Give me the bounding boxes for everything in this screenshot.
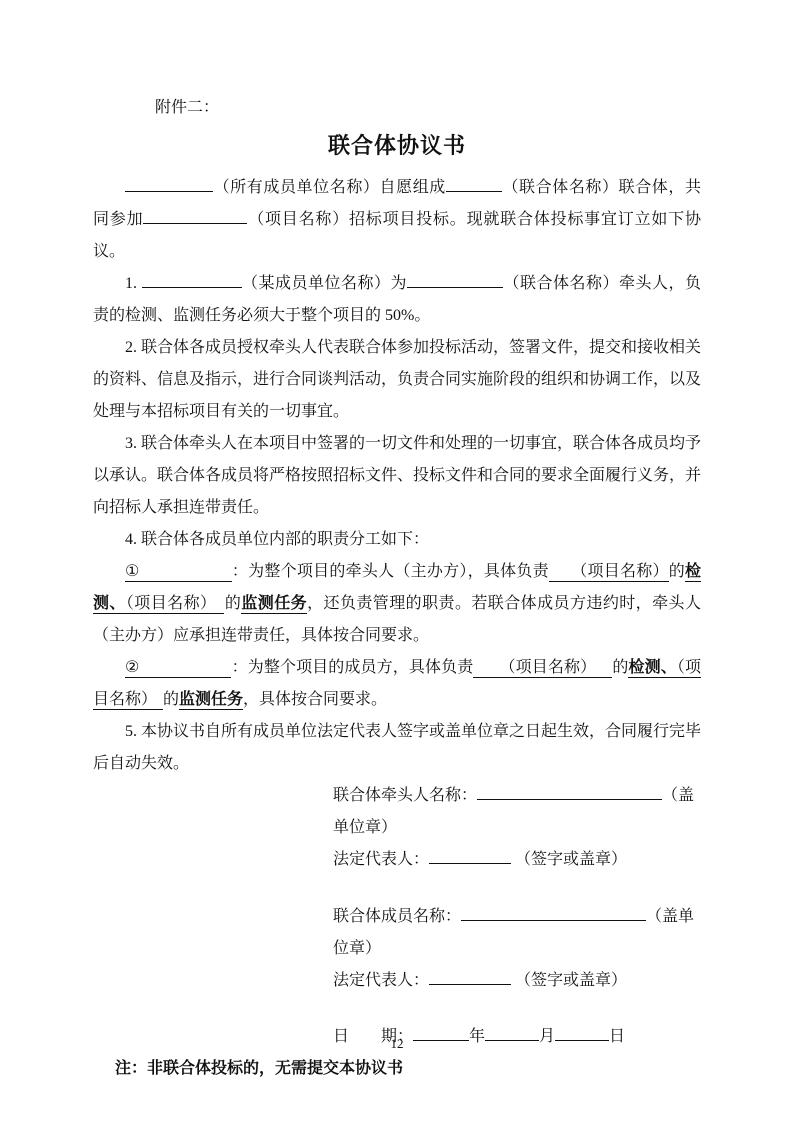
blank-project-name [143, 205, 247, 224]
sub2-marker: ② [125, 659, 139, 676]
clause-4-sub-1: ①：为整个项目的牵头人（主办方），具体负责（项目名称）的检测、（项目名称）的监测… [93, 556, 701, 652]
signature-block: 联合体牵头人名称：（盖单位章） 法定代表人： （签字或盖章） 联合体成员名称：（… [333, 780, 701, 997]
blank-sub2-unit [139, 654, 231, 672]
attachment-label: 附件二： [93, 92, 701, 124]
leader-name-line: 联合体牵头人名称：（盖单位章） [333, 780, 701, 844]
preamble-seg1: （所有成员单位名称）自愿组成 [213, 179, 446, 196]
member-name-line: 联合体成员名称：（盖单位章） [333, 901, 701, 965]
blank-sub2-project-1b [596, 654, 612, 672]
page-number: 12 [0, 1036, 794, 1052]
sub1-project-blank-2: （项目名称） [126, 595, 225, 614]
sub2-project-label-1: （项目名称） [499, 659, 596, 676]
blank-sub2-project-1 [473, 654, 499, 672]
sub1-marker-blank: ① [125, 563, 232, 582]
clause-5: 5. 本协议书自所有成员单位法定代表人签字或盖单位章之日起生效，合同履行完毕后自… [93, 716, 701, 780]
sub2-bold-inspection: 检测、 [628, 659, 676, 678]
sub2-rest: ，具体按合同要求。 [243, 691, 387, 708]
footnote: 注：非联合体投标的，无需提交本协议书 [115, 1053, 701, 1085]
clause-1-num: 1. [125, 275, 142, 292]
clause-4-sub-2: ②：为整个项目的成员方，具体负责（项目名称）的检测、（项目名称）的监测任务，具体… [93, 652, 701, 716]
leader-rep-note: （签字或盖章） [515, 851, 627, 868]
preamble-paragraph: （所有成员单位名称）自愿组成（联合体名称）联合体，共同参加（项目名称）招标项目投… [93, 172, 701, 268]
blank-leader-name [477, 781, 662, 800]
sub1-project-label-1: （项目名称） [571, 563, 669, 580]
sub1-text2: 的 [224, 595, 241, 612]
sub2-text2: 的 [163, 691, 179, 708]
document-title: 联合体协议书 [93, 126, 701, 166]
blank-all-members-name [125, 173, 213, 192]
member-rep-line: 法定代表人： （签字或盖章） [333, 965, 701, 997]
sub1-project-blank-1: （项目名称） [549, 563, 669, 582]
document-page: 附件二： 联合体协议书 （所有成员单位名称）自愿组成（联合体名称）联合体，共同参… [0, 0, 794, 1123]
sub2-text1: 的 [612, 659, 628, 676]
blank-member-rep [429, 966, 511, 985]
sub2-bold-monitoring: 监测任务 [179, 691, 243, 710]
clause-1-seg1: （某成员单位名称）为 [242, 275, 408, 292]
leader-rep-line: 法定代表人： （签字或盖章） [333, 844, 701, 876]
member-name-label: 联合体成员名称： [333, 908, 461, 925]
sub2-colon-text: ：为整个项目的成员方，具体负责 [231, 659, 473, 676]
sub1-colon-text: ：为整个项目的牵头人（主办方），具体负责 [232, 563, 549, 580]
member-rep-note: （签字或盖章） [515, 972, 627, 989]
member-rep-label: 法定代表人： [333, 972, 429, 989]
clause-2: 2. 联合体各成员授权牵头人代表联合体参加投标活动，签署文件，提交和接收相关的资… [93, 332, 701, 428]
blank-leader-rep [429, 845, 511, 864]
blank-member-unit-name [142, 269, 242, 288]
blank-member-name [461, 902, 646, 921]
clause-3: 3. 联合体牵头人在本项目中签署的一切文件和处理的一切事宜，联合体各成员均予以承… [93, 428, 701, 524]
sub1-bold-monitoring: 监测任务 [241, 595, 307, 614]
sub1-project-label-2: （项目名称） [126, 595, 217, 612]
blank-consortium-name-2 [407, 269, 503, 288]
leader-name-label: 联合体牵头人名称： [333, 787, 477, 804]
leader-rep-label: 法定代表人： [333, 851, 429, 868]
blank-sub1-project-1 [549, 558, 571, 576]
sub2-project-blank-1: （项目名称） [473, 659, 612, 678]
sub2-marker-blank: ② [125, 659, 231, 678]
sub1-marker: ① [125, 563, 140, 580]
blank-consortium-name [446, 173, 502, 192]
clause-1: 1. （某成员单位名称）为（联合体名称）牵头人，负责的检测、监测任务必须大于整个… [93, 268, 701, 332]
blank-sub1-unit [140, 558, 232, 576]
clause-4: 4. 联合体各成员单位内部的职责分工如下： [93, 524, 701, 556]
sub1-text1: 的 [669, 563, 685, 580]
